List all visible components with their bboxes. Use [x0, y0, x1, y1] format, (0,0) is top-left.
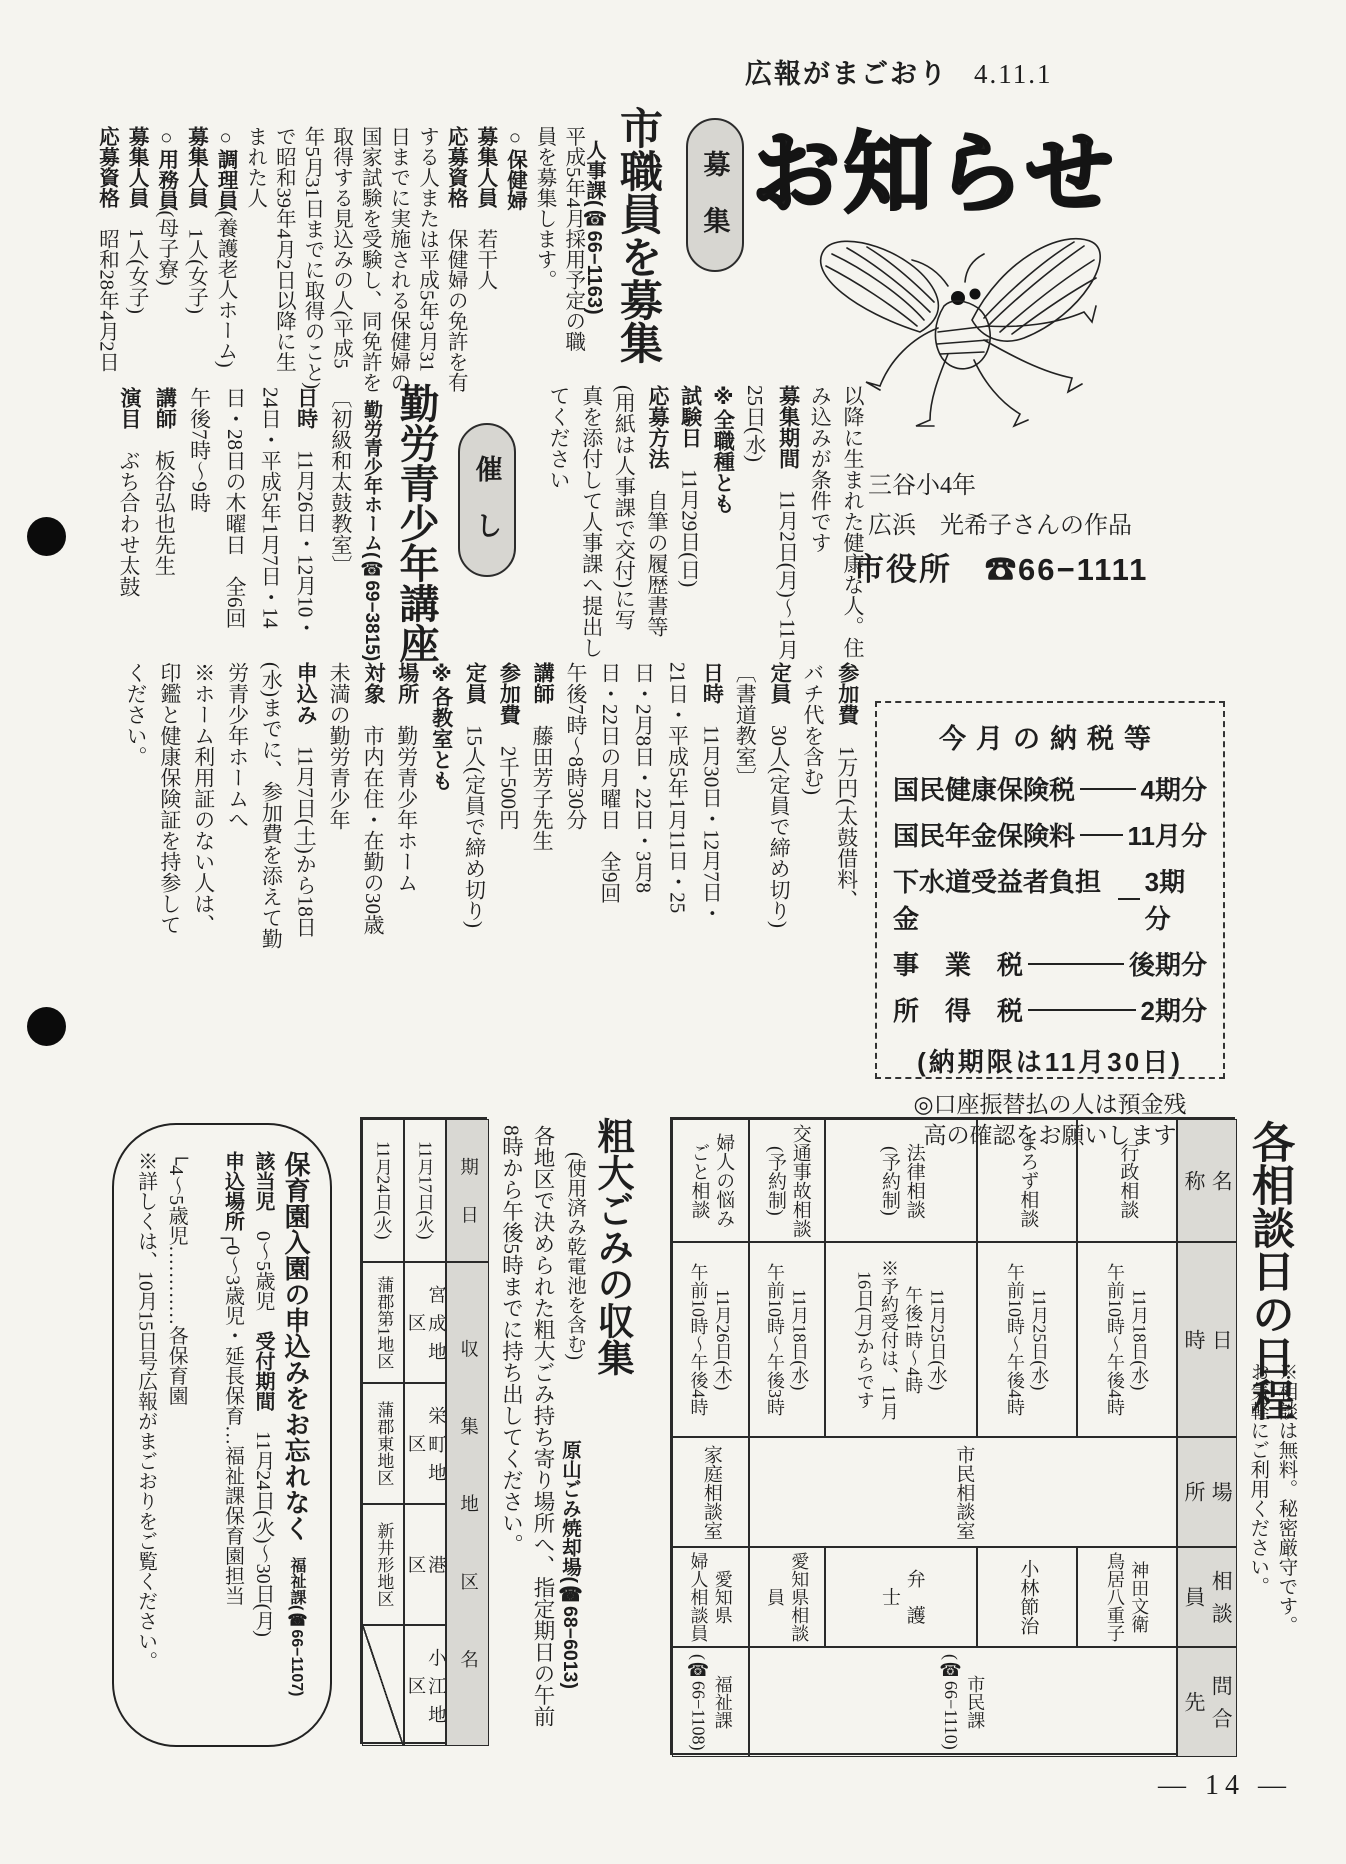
- text-line: 募集人員 1人(女子): [125, 126, 148, 394]
- category-pill-event: 催し: [458, 423, 516, 577]
- garbage-area: 蒲郡第1地区: [362, 1262, 404, 1383]
- text-line: 午後7時〜9時: [189, 387, 211, 665]
- text-line: み込みが条件です: [809, 385, 831, 697]
- tax-name: 事 業 税: [893, 945, 1023, 982]
- category-pill-recruit-label: 募集: [696, 126, 735, 264]
- text-line: 日・2月8日・22日・3月8: [633, 662, 655, 960]
- text-line: 以降に生まれた健康な人。住: [842, 385, 864, 697]
- text-line: 場所 勤労青少年ホーム: [396, 662, 418, 960]
- text-line: 募集人員 1人(女子): [184, 126, 207, 394]
- garbage-area: 港区: [404, 1504, 446, 1625]
- punch-hole-bottom: [27, 1007, 66, 1046]
- newsletter-page: 広報がまごおり4.11.1 お知らせ 募集: [0, 0, 1346, 1864]
- text-line: 講師 板谷弘也先生: [153, 387, 175, 665]
- consult-counselor-gyosei: 神田文衛 鳥居八重子: [1077, 1547, 1177, 1647]
- text-line: 日・22日の月曜日 全9回: [599, 662, 621, 960]
- nursery-contact: 福祉課(☎66−1107): [288, 1557, 305, 1697]
- text-line: 応募資格 昭和28年4月2日: [95, 126, 118, 394]
- text-line: ○保健婦: [503, 126, 526, 394]
- nursery-apply-line1: 申込場所┌0〜3歳児・延長保育…福祉課保育園担当: [221, 1151, 243, 1719]
- text-line: 21日・平成5年1月11日・25: [667, 662, 689, 960]
- garbage-heading: 粗大ごみの収集: [594, 1117, 631, 1376]
- recruit-body-1: 平成5年4月採用予定の職員を募集します。○保健婦募集人員 若干人応募資格 保健婦…: [95, 126, 583, 394]
- consult-datetime-horitsu: 11月25日(水) 午後1時〜4時 ※予約受付は、11月 16日(月)からです: [825, 1242, 977, 1437]
- artwork-credit: 三谷小4年 広浜 光希子さんの作品: [868, 466, 1132, 546]
- text-line: 申込み 11月7日(土)から18日: [294, 662, 316, 960]
- text-line: 未満の勤労青少年: [328, 662, 350, 960]
- garbage-header-area: 収集地区名: [446, 1262, 489, 1746]
- tax-name: 国民健康保険税: [893, 770, 1075, 807]
- text-line: バチ代を含む): [802, 662, 824, 960]
- text-line: 国家試験を受験し、同免許を: [358, 126, 380, 394]
- text-line: 年5月31日までに取得のこと): [300, 126, 322, 394]
- consult-note: ※相談は無料。秘密厳守です。 お気軽にご利用ください。: [1243, 1362, 1300, 1635]
- text-line: 応募資格 保健婦の免許を有: [444, 126, 467, 394]
- text-line: 日までに実施される保健婦の: [386, 126, 408, 394]
- tax-dash: [1118, 898, 1140, 900]
- tax-row: 国民健康保険税4期分: [893, 770, 1207, 807]
- publication-name: 広報がまごおり: [745, 59, 948, 89]
- nursery-box: 保育園入園の申込みをお忘れなく 福祉課(☎66−1107) 該当児 0〜5歳児 …: [112, 1123, 332, 1747]
- consult-header-counselor: 相談員: [1177, 1547, 1237, 1647]
- consult-counselor-fujin: 愛知県 婦人相談員: [672, 1547, 749, 1647]
- text-line: 日・28日の木曜日 全6回: [224, 387, 246, 665]
- garbage-contact: 原山ごみ焼却場(☎68−6013): [556, 1440, 584, 1689]
- course-contact: 勤労青少年ホーム(☎69−3815): [362, 400, 381, 661]
- text-line: 演目 ぶち合わせ太鼓: [118, 387, 140, 665]
- text-line: 定員 30人(定員で締め切り): [768, 662, 790, 960]
- text-line: 日時 11月30日・12月7日・: [700, 662, 722, 960]
- consult-contact-shared: 市民課 (☎66−1110): [749, 1647, 1177, 1757]
- consult-name-yorozu: よろず相談: [977, 1119, 1077, 1242]
- tax-dash: [1080, 834, 1122, 836]
- nursery-apply-line2: └4〜5歳児…………各保育園: [164, 1151, 186, 1719]
- artwork-credit-line1: 三谷小4年: [868, 466, 1132, 506]
- category-pill-event-label: 催し: [468, 431, 507, 569]
- tax-box-title: 今月の納税等: [893, 717, 1207, 756]
- garbage-date-1: 11月17日(火): [404, 1119, 446, 1262]
- garbage-area: 新井形地区: [362, 1504, 404, 1625]
- garbage-body: 各地区で決められた粗大ごみ持ち寄り場所へ、指定期日の午前8時から午後5時までに持…: [492, 1125, 554, 1860]
- text-line: 日時 11月26日・12月10・: [295, 387, 317, 665]
- text-line: ※ホーム利用証のない人は、: [193, 662, 215, 960]
- consult-header-contact: 問合先: [1177, 1647, 1237, 1757]
- tax-dash: [1080, 788, 1136, 790]
- text-line: 印鑑と健康保険証を持参して: [159, 662, 181, 960]
- tax-name: 所 得 税: [893, 991, 1023, 1028]
- tax-name: 下水道受益者負担金: [893, 862, 1113, 936]
- recruit-heading: 市職員を募集: [616, 106, 659, 364]
- nursery-target-line: 該当児 0〜5歳児 受付期間 11月24日(火)〜30日(月): [251, 1151, 273, 1719]
- tax-period: 4期分: [1141, 770, 1207, 807]
- consult-counselor-kotsu: 愛知県相談員: [749, 1547, 825, 1647]
- text-line: 試験日 11月29日(日): [679, 385, 701, 697]
- text-line: 8時から午後5時までに持ち出してください。: [500, 1125, 523, 1860]
- text-line: ○調理員(養護老人ホーム): [214, 126, 237, 394]
- course-body-1: 〔初級和太鼓教室〕日時 11月26日・12月10・24日・平成5年1月7日・14…: [118, 387, 352, 665]
- text-line: ※各教室とも: [430, 662, 452, 960]
- text-line: 対象 市内在住・在勤の30歳: [362, 662, 384, 960]
- cityhall-phone: 市役所 ☎66−1111: [853, 544, 1148, 589]
- text-line: ※全職種とも: [711, 385, 733, 697]
- tax-period: 後期分: [1129, 945, 1207, 982]
- page-title: お知らせ: [752, 104, 1117, 230]
- garbage-subtitle: (使用済み乾電池を含む): [560, 1152, 588, 1360]
- consult-header-datetime: 日時: [1177, 1242, 1237, 1437]
- text-line: (水)までに、参加費を添えて勤: [260, 662, 282, 960]
- text-line: 〔初級和太鼓教室〕: [330, 387, 352, 665]
- consult-name-gyosei: 行政相談: [1077, 1119, 1177, 1242]
- garbage-area: 蒲郡東地区: [362, 1383, 404, 1504]
- text-line: で昭和39年4月2日以降に生: [272, 126, 294, 394]
- text-line: 定員 15人(定員で締め切り): [463, 662, 485, 960]
- tax-row: 所 得 税2期分: [893, 991, 1207, 1028]
- text-line: まれた人: [243, 126, 265, 394]
- text-line: 24日・平成5年1月7日・14: [259, 387, 281, 665]
- text-line: 各地区で決められた粗大ごみ持ち寄り場所へ、指定期日の午前: [531, 1125, 554, 1860]
- tax-name: 国民年金保険料: [893, 816, 1075, 853]
- text-line: 取得する見込みの人(平成5: [329, 126, 351, 394]
- consult-header-place: 場所: [1177, 1437, 1237, 1547]
- text-line: 〔書道教室〕: [734, 662, 756, 960]
- tax-row: 下水道受益者負担金3期分: [893, 862, 1207, 936]
- text-line: 募集期間 11月2日(月)〜11月: [777, 385, 799, 697]
- text-line: 真を添付して人事課へ提出し: [581, 385, 603, 697]
- consult-datetime-fujin: 11月26日(木) 午前10時〜午後4時: [672, 1242, 749, 1437]
- garbage-date-2: 11月24日(火): [362, 1119, 404, 1262]
- consult-datetime-yorozu: 11月25日(水) 午前10時〜午後4時: [977, 1242, 1077, 1437]
- tax-period: 11月分: [1128, 816, 1208, 853]
- text-line: 労青少年ホームへ: [227, 662, 249, 960]
- consult-name-kotsu: 交通事故相談 (予約制): [749, 1119, 825, 1242]
- garbage-area: 栄町地区: [404, 1383, 446, 1504]
- recruit-contact: 人事課(☎66−1163): [584, 140, 604, 315]
- category-pill-recruit: 募集: [686, 118, 744, 272]
- consult-name-fujin: 婦人の悩み ごと相談: [672, 1119, 749, 1242]
- consult-contact-fujin: 福祉課 (☎66−1108): [672, 1647, 749, 1757]
- tax-deadline: (納期限は11月30日): [893, 1042, 1207, 1079]
- consult-datetime-gyosei: 11月18日(水) 午前10時〜午後4時: [1077, 1242, 1177, 1437]
- consult-counselor-horitsu: 弁護士: [825, 1547, 977, 1647]
- text-line: 応募方法 自筆の履歴書等: [646, 385, 668, 697]
- garbage-area: 宮成地区: [404, 1262, 446, 1383]
- tax-row: 国民年金保険料11月分: [893, 816, 1207, 853]
- tax-period: 3期分: [1145, 862, 1207, 936]
- course-body-2: 参加費 1万円(太鼓借料、バチ代を含む)定員 30人(定員で締め切り)〔書道教室…: [125, 662, 858, 960]
- tax-period: 2期分: [1141, 991, 1207, 1028]
- text-line: 員を募集します。: [533, 126, 555, 394]
- artwork-credit-line2: 広浜 光希子さんの作品: [868, 506, 1132, 546]
- consult-datetime-kotsu: 11月18日(水) 午前10時〜午後3時: [749, 1242, 825, 1437]
- course-heading: 勤労青少年講座: [396, 383, 436, 663]
- garbage-header-date: 期日: [446, 1119, 489, 1262]
- consult-header-name: 名称: [1177, 1119, 1237, 1242]
- consult-place-fujin: 家庭相談室: [672, 1437, 749, 1547]
- text-line: てください: [548, 385, 570, 697]
- text-line: する人または平成5年3月31: [415, 126, 437, 394]
- nursery-note: ※詳しくは、10月15日号広報がまごおりをご覧ください。: [134, 1151, 156, 1719]
- tax-dash: [1028, 963, 1124, 965]
- text-line: 平成5年4月採用予定の職: [561, 126, 583, 394]
- text-line: ください。: [125, 662, 147, 960]
- text-line: 参加費 1万円(太鼓借料、: [836, 662, 858, 960]
- text-line: 講師 藤田芳子先生: [531, 662, 553, 960]
- recruit-body-2: 以降に生まれた健康な人。住み込みが条件です募集期間 11月2日(月)〜11月25…: [548, 385, 864, 697]
- issue-date: 4.11.1: [974, 59, 1053, 89]
- consult-table: 婦人の悩み ごと相談 交通事故相談 (予約制) 法律相談 (予約制) よろず相談…: [670, 1117, 1235, 1755]
- text-line: 午後7時〜8時30分: [565, 662, 587, 960]
- text-line: 募集人員 若干人: [473, 126, 496, 394]
- text-line: 参加費 2千500円: [497, 662, 519, 960]
- page-number: — 14 —: [1158, 1770, 1292, 1802]
- text-line: ○用務員(母子寮): [154, 126, 177, 394]
- text-line: (用紙は人事課で交付)に写: [613, 385, 635, 697]
- garbage-area-empty: [362, 1625, 404, 1746]
- masthead: 広報がまごおり4.11.1: [745, 52, 1053, 91]
- tax-box: 今月の納税等 国民健康保険税4期分 国民年金保険料11月分 下水道受益者負担金3…: [875, 701, 1225, 1079]
- consult-place-shared: 市民相談室: [749, 1437, 1177, 1547]
- tax-row: 事 業 税後期分: [893, 945, 1207, 982]
- consult-name-horitsu: 法律相談 (予約制): [825, 1119, 977, 1242]
- punch-hole-top: [27, 517, 66, 556]
- tax-dash: [1028, 1009, 1136, 1011]
- garbage-area: 小江地区: [404, 1625, 446, 1746]
- nursery-title: 保育園入園の申込みをお忘れなく 福祉課(☎66−1107): [282, 1151, 310, 1719]
- garbage-table: 11月24日(火) 11月17日(火) 期日 蒲郡第1地区 宮成地区 収集地区名…: [360, 1117, 487, 1744]
- consult-counselor-yorozu: 小林節治: [977, 1547, 1077, 1647]
- text-line: 25日(水): [744, 385, 766, 697]
